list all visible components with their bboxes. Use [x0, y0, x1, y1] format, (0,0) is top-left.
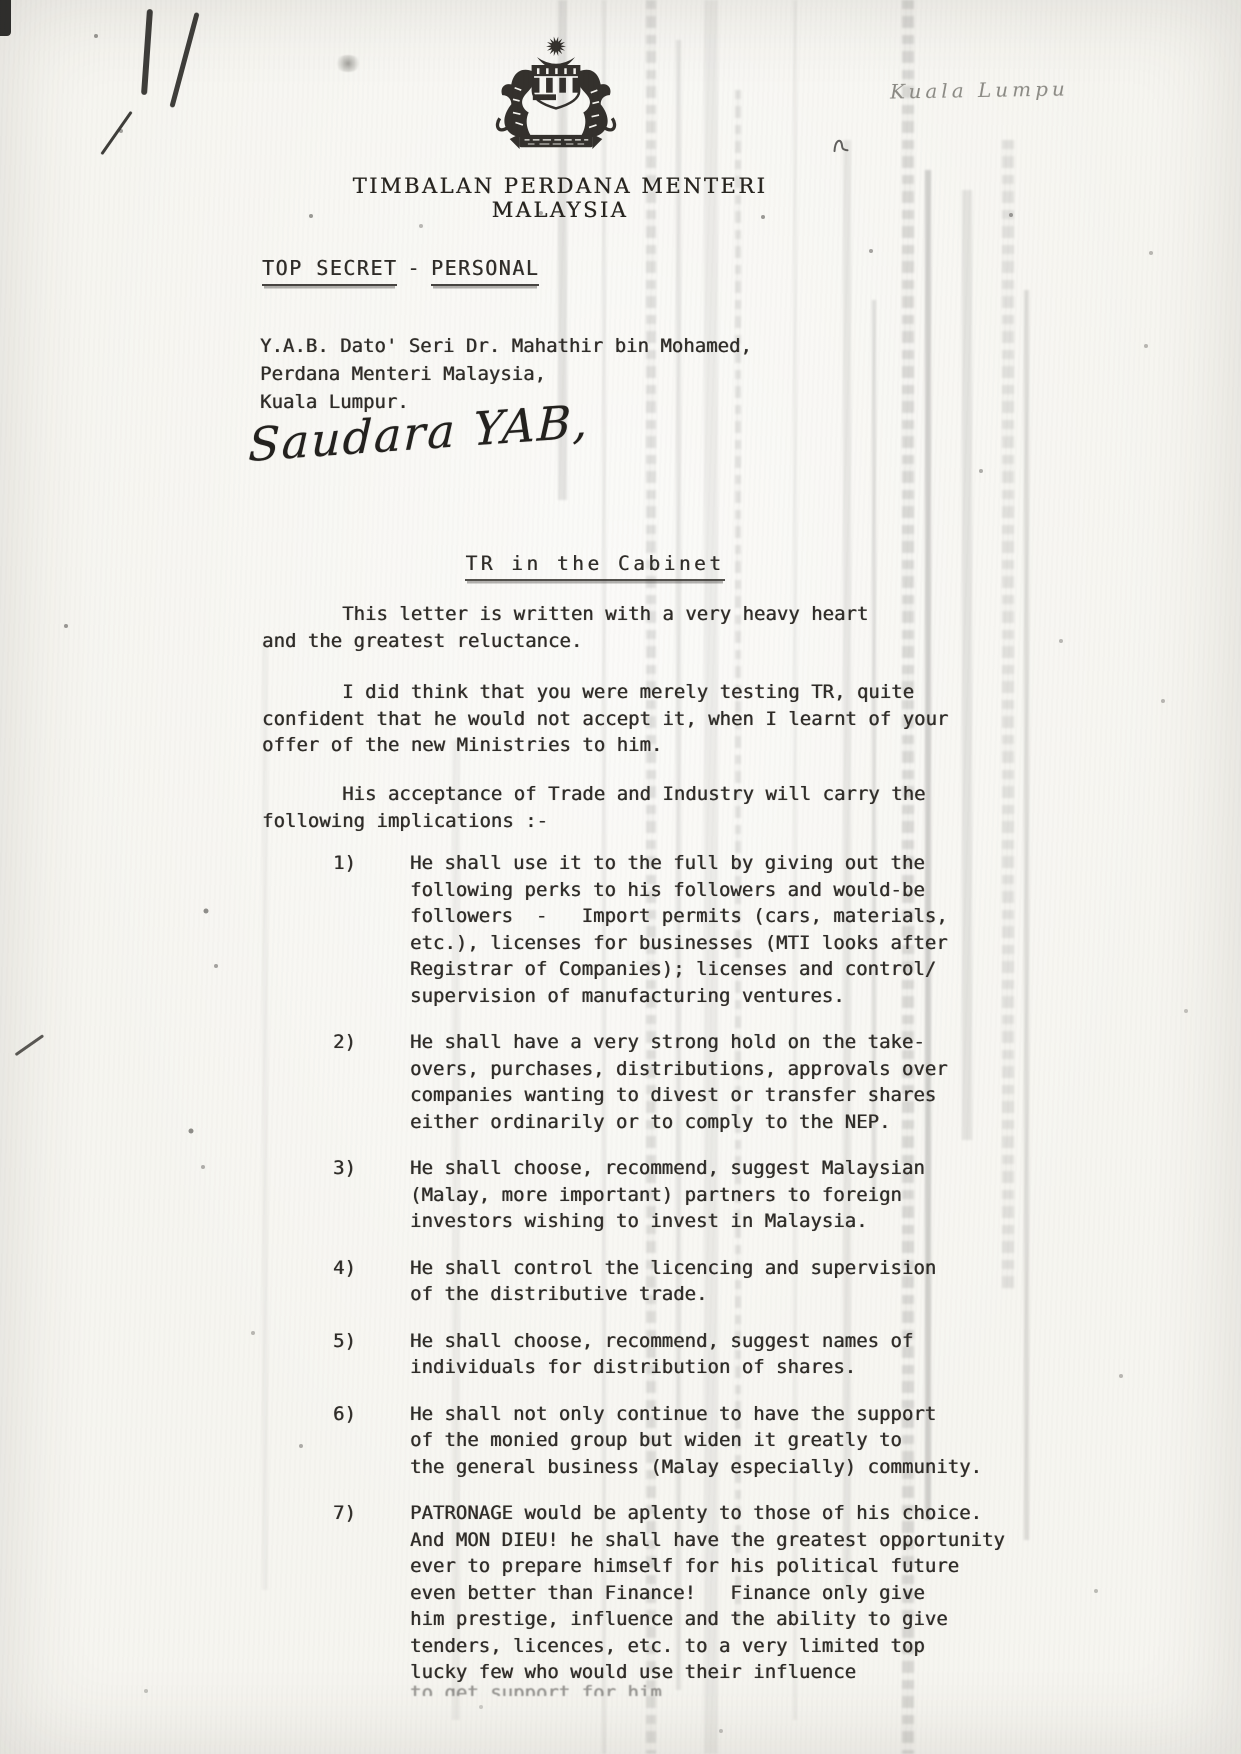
- corner-note-kuala-lumpur: Kuala Lumpu: [890, 76, 1069, 103]
- list-item: 7) PATRONAGE would be aplenty to those o…: [333, 1500, 1053, 1686]
- list-item-number: 6): [333, 1401, 356, 1428]
- list-item-text: He shall choose, recommend, suggest name…: [410, 1328, 1053, 1381]
- list-item-text: PATRONAGE would be aplenty to those of h…: [410, 1500, 1053, 1686]
- paragraph-1: This letter is written with a very heavy…: [262, 601, 962, 654]
- list-item-text: He shall not only continue to have the s…: [410, 1401, 1053, 1481]
- list-item-text: He shall have a very strong hold on the …: [410, 1029, 1053, 1135]
- document-page: TIMBALAN PERDANA MENTERI MALAYSIA Kuala …: [0, 0, 1241, 1754]
- implications-list: 1) He shall use it to the full by giving…: [333, 850, 1053, 1706]
- list-item-number: 7): [333, 1500, 356, 1527]
- list-item: 5) He shall choose, recommend, suggest n…: [333, 1328, 1053, 1381]
- scan-smudge: [334, 55, 362, 72]
- pen-stroke: [169, 12, 199, 108]
- pen-squiggle: [829, 133, 854, 162]
- list-item: 3) He shall choose, recommend, suggest M…: [333, 1155, 1053, 1235]
- list-item-number: 2): [333, 1029, 356, 1056]
- list-item-number: 5): [333, 1328, 356, 1355]
- classification-top-secret: TOP SECRET: [262, 256, 397, 286]
- classification-separator: -: [407, 256, 421, 280]
- paragraph-3: His acceptance of Trade and Industry wil…: [262, 781, 962, 834]
- list-item-number: 3): [333, 1155, 356, 1182]
- list-item-number: 4): [333, 1255, 356, 1282]
- list-item: 6) He shall not only continue to have th…: [333, 1401, 1053, 1481]
- pen-stroke: [141, 9, 153, 95]
- list-item: 4) He shall control the licencing and su…: [333, 1255, 1053, 1308]
- faded-partial-line: to get support for him: [410, 1680, 662, 1696]
- subject-title-wrap: TR in the Cabinet: [250, 552, 940, 581]
- malaysia-coat-of-arms-icon: [465, 26, 647, 166]
- pen-flick: [15, 1034, 44, 1056]
- pen-stroke: [100, 111, 132, 155]
- list-item-text: He shall control the licencing and super…: [410, 1255, 1053, 1308]
- letterhead-office-title: TIMBALAN PERDANA MENTERI MALAYSIA: [285, 174, 835, 222]
- subject-title: TR in the Cabinet: [465, 552, 724, 581]
- paragraph-2: I did think that you were merely testing…: [262, 679, 962, 759]
- federal-star-icon: [546, 37, 566, 56]
- list-item: 2) He shall have a very strong hold on t…: [333, 1029, 1053, 1135]
- list-item-number: 1): [333, 850, 356, 877]
- scan-corner-mark: [0, 0, 11, 36]
- classification-line: TOP SECRET-PERSONAL: [262, 256, 539, 286]
- list-item: 1) He shall use it to the full by giving…: [333, 850, 1053, 1009]
- list-item-text: He shall use it to the full by giving ou…: [410, 850, 1053, 1009]
- classification-personal: PERSONAL: [431, 256, 539, 286]
- list-item-text: He shall choose, recommend, suggest Mala…: [410, 1155, 1053, 1235]
